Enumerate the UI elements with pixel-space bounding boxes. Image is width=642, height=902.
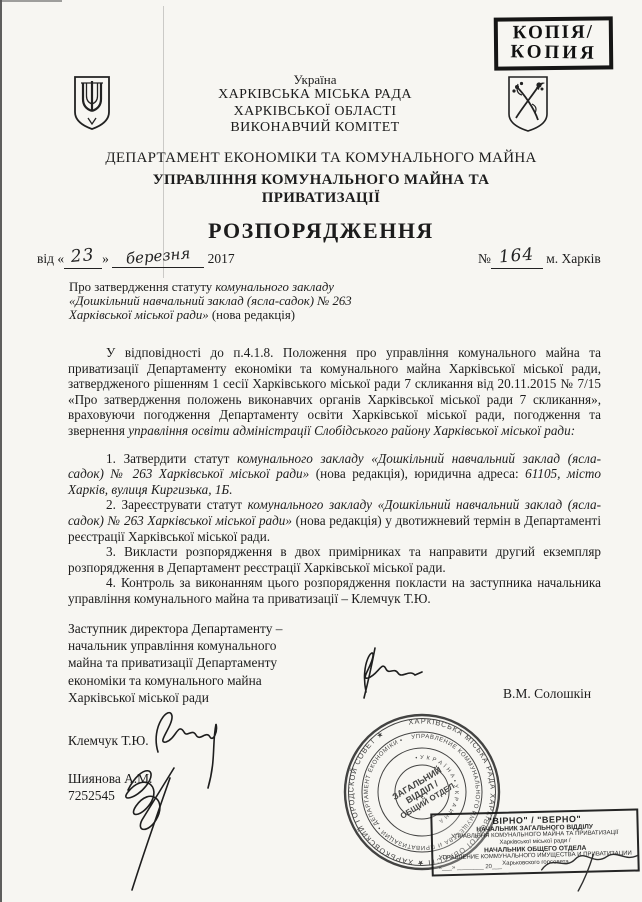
date-group: від «23» березня 2017 [37,248,235,269]
header-country: Україна [170,72,460,87]
virno-certification-stamp: "ВІРНО" / "ВЕРНО" НАЧАЛЬНИК ЗАГАЛЬНОГО В… [430,808,639,876]
number-group: №164 м. Харків [478,248,601,269]
department-title: ДЕПАРТАМЕНТ ЕКОНОМІКИ ТА КОМУНАЛЬНОГО МА… [0,150,642,167]
copy-stamp: КОПІЯ/ КОПИЯ [494,16,614,70]
ukraine-trident-emblem-icon [72,74,112,132]
body-text: У відповідності до п.4.1.8. Положення пр… [68,345,601,607]
item1-regular2: (нова редакція), юридична адреса: [309,466,525,481]
signatory-title-line: Заступник директора Департаменту – [68,620,333,637]
soloshkin-signature [352,642,432,704]
signatory-title-line: майна та приватизації Департаменту [68,654,333,671]
header-region: ХАРКІВСЬКОЇ ОБЛАСТІ [170,104,460,121]
virno-date-blank: «___» ________ 20___ [439,864,503,872]
scanned-document-page: КОПІЯ/ КОПИЯ Україна ХАРКІВСЬКА МІСЬКА Р… [0,0,642,902]
city-label: м. Харків [546,251,600,266]
item2-regular: 2. Зареєструвати статут [106,497,248,512]
agreed-name-klemchuk: Клемчук Т.Ю. [68,733,149,749]
signatory-title-line: економіки та комунального майна [68,672,333,689]
copy-stamp-line2: КОПИЯ [500,42,607,64]
number-label: № [478,251,491,266]
handwritten-month: березня [125,244,191,268]
date-number-line: від «23» березня 2017 №164 м. Харків [0,248,642,274]
virno-signature [533,847,642,894]
intro-italic: управління освіти адміністрації Слобідсь… [128,423,575,438]
item-3: 3. Викласти розпорядження в двох примірн… [68,544,601,575]
item-4: 4. Контроль за виконанням цього розпоряд… [68,575,601,606]
date-year: 2017 [208,251,235,266]
number-blank: 164 [491,248,543,269]
signatory-title-line: начальник управління комунального [68,637,333,654]
shiyanova-signature [108,760,200,894]
item-1: 1. Затвердити статут комунального заклад… [68,451,601,498]
date-day-blank: 23 [64,248,102,269]
document-type-title: РОЗПОРЯДЖЕННЯ [0,218,642,244]
date-month-blank: березня [112,249,204,268]
date-prefix: від « [37,251,64,266]
document-header: Україна ХАРКІВСЬКА МІСЬКА РАДА ХАРКІВСЬК… [170,72,460,137]
subject-block: Про затвердження статуту комунального за… [69,281,377,322]
header-committee: ВИКОНАВЧИЙ КОМІТЕТ [170,120,460,137]
header-council: ХАРКІВСЬКА МІСЬКА РАДА [170,87,460,104]
office-title: УПРАВЛІННЯ КОМУНАЛЬНОГО МАЙНА ТА ПРИВАТИ… [106,171,536,207]
item1-regular: 1. Затвердити статут [106,451,237,466]
subject-text-end: (нова редакція) [209,308,295,322]
intro-paragraph: У відповідності до п.4.1.8. Положення пр… [68,345,601,439]
date-close-quote: » [102,251,109,266]
handwritten-day: 23 [70,245,95,267]
signatory-name: В.М. Солошкін [503,686,591,702]
scan-top-artifact [0,0,62,2]
handwritten-number: 164 [498,245,535,268]
signatory-title-block: Заступник директора Департаменту – начал… [68,620,333,706]
subject-text: Про затвердження статуту [69,280,215,294]
item-2: 2. Зареєструвати статут комунального зак… [68,497,601,544]
kharkiv-coat-of-arms-icon [506,74,550,134]
scan-edge-artifact [0,0,2,902]
